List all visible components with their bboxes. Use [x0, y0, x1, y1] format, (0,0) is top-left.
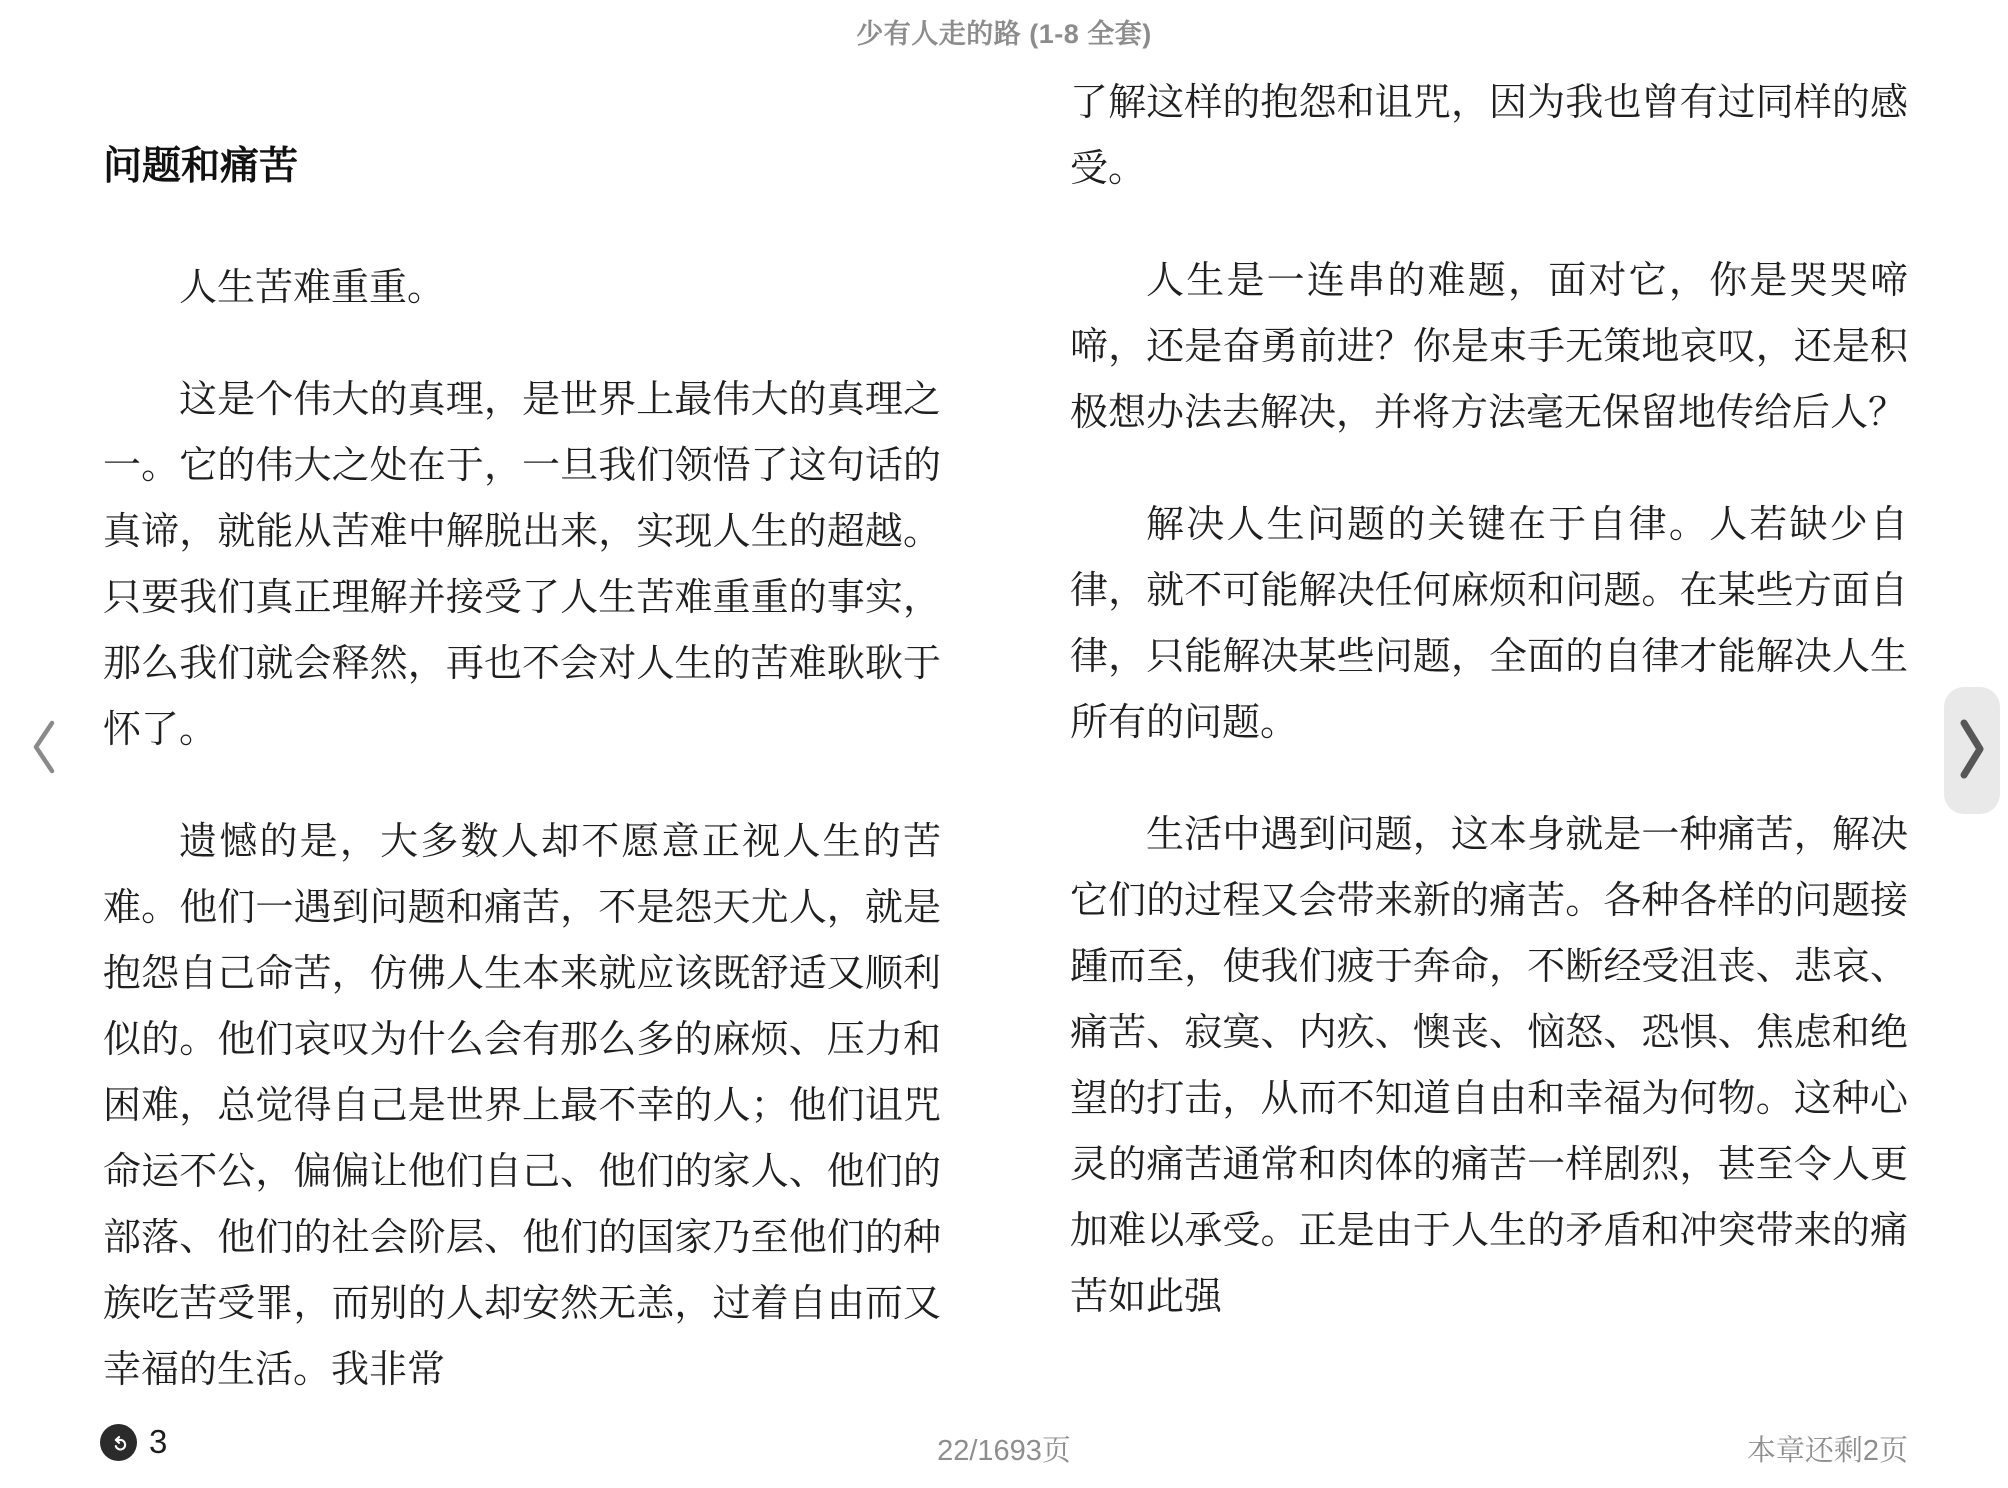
- paragraph: 生活中遇到问题，这本身就是一种痛苦，解决它们的过程又会带来新的痛苦。各种各样的问…: [1070, 802, 1908, 1330]
- chevron-left-icon: [31, 718, 57, 779]
- paragraph: 解决人生问题的关键在于自律。人若缺少自律，就不可能解决任何麻烦和问题。在某些方面…: [1070, 492, 1908, 756]
- paragraph: 遗憾的是，大多数人却不愿意正视人生的苦难。他们一遇到问题和痛苦，不是怨天尤人，就…: [103, 809, 941, 1403]
- undo-arrow-icon: [100, 1424, 137, 1461]
- reader-page: 少有人走的路 (1-8 全套) 问题和痛苦 人生苦难重重。 这是个伟大的真理，是…: [0, 0, 2008, 1488]
- back-to-page-button[interactable]: 3: [100, 1422, 167, 1462]
- paragraph: 人生是一连串的难题，面对它，你是哭哭啼啼，还是奋勇前进？你是束手无策地哀叹，还是…: [1070, 248, 1908, 446]
- page-indicator: 22/1693页: [937, 1428, 1071, 1469]
- paragraph: 了解这样的抱怨和诅咒，因为我也曾有过同样的感受。: [1070, 70, 1908, 202]
- next-page-button[interactable]: [1944, 687, 2000, 814]
- prev-page-button[interactable]: [20, 702, 68, 794]
- chevron-right-icon: [1959, 717, 1985, 784]
- chapter-remaining-label: 本章还剩2页: [1747, 1428, 1908, 1469]
- right-text-column: 了解这样的抱怨和诅咒，因为我也曾有过同样的感受。 人生是一连串的难题，面对它，你…: [1070, 0, 1908, 1330]
- paragraph: 人生苦难重重。: [103, 255, 941, 321]
- section-heading: 问题和痛苦: [103, 143, 941, 191]
- paragraph: 这是个伟大的真理，是世界上最伟大的真理之一。它的伟大之处在于，一旦我们领悟了这句…: [103, 367, 941, 763]
- left-text-column: 问题和痛苦 人生苦难重重。 这是个伟大的真理，是世界上最伟大的真理之一。它的伟大…: [103, 0, 941, 1403]
- back-page-number: 3: [149, 1423, 167, 1461]
